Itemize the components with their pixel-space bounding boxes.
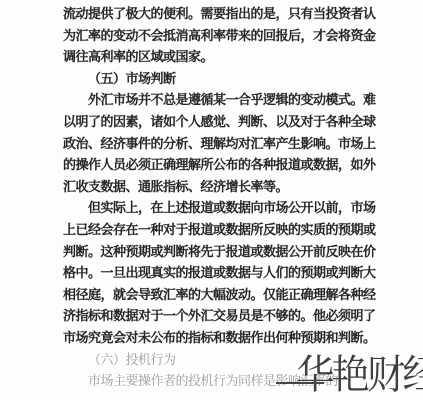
text-line: 格中。一旦出现真实的报道或数据与人们的预期或判断大 [63, 262, 363, 284]
text-line: 判断。这种预期或判断将先于报道或数据公开前反映在价 [63, 241, 363, 263]
text-line: 政治、经济事件的分析、理解均对汇率产生影响。市场上 [63, 133, 363, 155]
document-page: 流动提供了极大的便利。需要指出的是，只有当投资者认 为汇率的变动不会抵消高利率带… [0, 0, 423, 400]
text-line: 流动提供了极大的便利。需要指出的是，只有当投资者认 [63, 3, 363, 25]
text-line: 汇收支数据、通胀指标、经济增长率等。 [63, 176, 363, 198]
text-line: 调往高利率的区域或国家。 [63, 46, 363, 68]
text-line: 上已经会存在一种对于报道或数据所反映的实质的预期或 [63, 219, 363, 241]
text-line: 为汇率的变动不会抵消高利率带来的回报后，才会将资金 [63, 25, 363, 47]
text-line: 但实际上，在上述报道或数据向市场公开以前，市场 [63, 197, 363, 219]
text-column: 流动提供了极大的便利。需要指出的是，只有当投资者认 为汇率的变动不会抵消高利率带… [63, 3, 363, 392]
text-line: 济指标和数据对于一个外汇交易员是不够的。他必须明了 [63, 305, 363, 327]
watermark-stroke-line [276, 382, 324, 384]
text-line: 的操作人员必须正确理解所公布的各种报道或数据，如外 [63, 154, 363, 176]
section-heading-5: （五）市场判断 [63, 68, 363, 90]
watermark-logo: 华艳财经 [296, 352, 421, 400]
text-line: 以明了的因素，诸如个人感觉、判断、以及对于各种全球 [63, 111, 363, 133]
text-line: 相径庭，就会导致汇率的大幅波动。仅能正确理解各种经 [63, 284, 363, 306]
text-line: 市场究竟会对未公布的指标和数据作出何种预期和判断。 [63, 327, 363, 349]
text-line: 外汇市场并不总是遵循某一合乎逻辑的变动模式。难 [63, 89, 363, 111]
